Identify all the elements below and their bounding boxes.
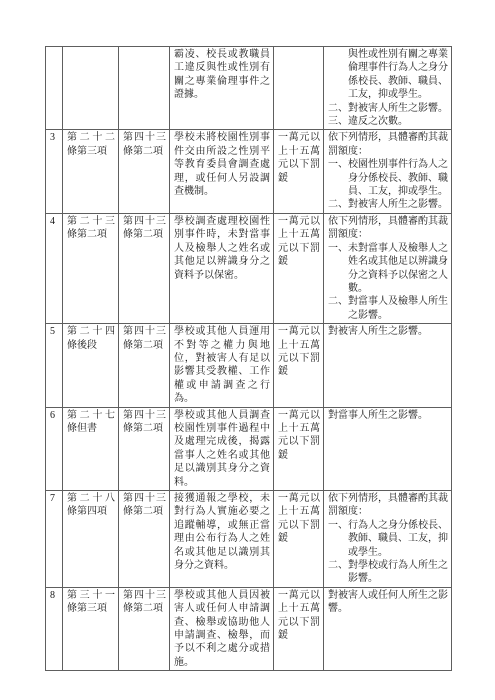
- discretion-cell: 依下列情形，具體審酌其裁罰額度：一、未對當事人及檢舉人之姓名或其他足以辨識身分之…: [324, 213, 452, 323]
- penalty-article-cell: 第四十三條第二項: [119, 407, 170, 490]
- table-row: 7第二十八條第四項第四十三條第二項接獲通報之學校，未對行為人實施必要之追蹤輔導，…: [46, 491, 452, 588]
- discretion-cell: 依下列情形，具體審酌其裁罰額度：一、行為人之身分係校長、教師、職員、工友，抑或學…: [324, 491, 452, 588]
- penalty-table-body: 霸凌、校長或教職員工違反與性或性別有關之專業倫理事件之證據。與性或性別有關之專業…: [46, 47, 452, 671]
- violation-cell: 學校或其他人員調查校園性別事件過程中及處理完成後，揭露當事人之姓名或其他足以識別…: [170, 407, 274, 490]
- table-row: 4第二十三條第二項第四十三條第二項學校調查處理校園性別事件時，未對當事人及檢舉人…: [46, 213, 452, 323]
- fine-cell: 一萬元以上十五萬元以下罰鍰: [274, 130, 324, 213]
- penalty-article-cell: 第四十三條第二項: [119, 587, 170, 670]
- discretion-item: 二、對被害人所生之影響。: [328, 102, 448, 115]
- discretion-cell: 依下列情形，具體審酌其裁罰額度：一、校園性別事件行為人之身分係校長、教師、職員、…: [324, 130, 452, 213]
- discretion-item: 依下列情形，具體審酌其裁罰額度：: [328, 492, 448, 519]
- violation-cell: 學校或其他人員因被害人或任何人申請調查、檢舉或協助他人申請調查、檢舉，而予以不利…: [170, 587, 274, 670]
- law-article-cell: 第二十八條第四項: [63, 491, 119, 588]
- discretion-item: 對當事人所生之影響。: [328, 409, 448, 422]
- row-number-cell: 5: [46, 324, 63, 407]
- penalty-article-cell: 第四十三條第二項: [119, 130, 170, 213]
- row-number-cell: 7: [46, 491, 63, 588]
- fine-cell: 一萬元以上十五萬元以下罰鍰: [274, 587, 324, 670]
- table-row: 3第二十二條第三項第四十三條第二項學校未將校園性別事件交由所設之性別平等教育委員…: [46, 130, 452, 213]
- violation-cell: 霸凌、校長或教職員工違反與性或性別有關之專業倫理事件之證據。: [170, 47, 274, 130]
- discretion-item: 二、對被害人所生之影響。: [328, 198, 448, 211]
- discretion-cell: 對被害人或任何人所生之影響。: [324, 587, 452, 670]
- discretion-item: 一、行為人之身分係校長、教師、職員、工友，抑或學生。: [328, 519, 448, 559]
- fine-cell: 一萬元以上十五萬元以下罰鍰: [274, 407, 324, 490]
- discretion-item: 三、違反之次數。: [328, 115, 448, 128]
- violation-cell: 學校未將校園性別事件交由所設之性別平等教育委員會調查處理，或任何人另設調查機制。: [170, 130, 274, 213]
- table-row: 6第二十七條但書第四十三條第二項學校或其他人員調查校園性別事件過程中及處理完成後…: [46, 407, 452, 490]
- discretion-item: 依下列情形，具體審酌其裁罰額度：: [328, 215, 448, 242]
- violation-cell: 學校或其他人員運用不對等之權力與地位，對被害人有足以影響其受教權、工作權或申請調…: [170, 324, 274, 407]
- discretion-item: 對被害人或任何人所生之影響。: [328, 589, 448, 616]
- penalty-article-cell: 第四十三條第二項: [119, 324, 170, 407]
- fine-cell: 一萬元以上十五萬元以下罰鍰: [274, 491, 324, 588]
- discretion-cell: 對被害人所生之影響。: [324, 324, 452, 407]
- penalty-article-cell: 第四十三條第二項: [119, 213, 170, 323]
- table-row: 8第三十一條第三項第四十三條第二項學校或其他人員因被害人或任何人申請調查、檢舉或…: [46, 587, 452, 670]
- discretion-item: 二、對當事人及檢舉人所生之影響。: [328, 295, 448, 322]
- row-number-cell: 3: [46, 130, 63, 213]
- fine-cell: 一萬元以上十五萬元以下罰鍰: [274, 324, 324, 407]
- discretion-item: 一、未對當事人及檢舉人之姓名或其他足以辨識身分之資料予以保密之人數。: [328, 242, 448, 296]
- penalty-article-cell: 第四十三條第二項: [119, 491, 170, 588]
- violation-cell: 接獲通報之學校，未對行為人實施必要之追蹤輔導，或無正當理由公布行為人之姓名或其他…: [170, 491, 274, 588]
- discretion-item: 二、對學校或行為人所生之影響。: [328, 559, 448, 586]
- row-number-cell: 4: [46, 213, 63, 323]
- row-number-cell: 8: [46, 587, 63, 670]
- table-row: 5第二十四條後段第四十三條第二項學校或其他人員運用不對等之權力與地位，對被害人有…: [46, 324, 452, 407]
- discretion-cell: 與性或性別有關之專業倫理事件行為人之身分係校長、教師、職員、工友，抑或學生。二、…: [324, 47, 452, 130]
- discretion-item: 依下列情形，具體審酌其裁罰額度：: [328, 131, 448, 158]
- document-page: 霸凌、校長或教職員工違反與性或性別有關之專業倫理事件之證據。與性或性別有關之專業…: [0, 0, 495, 700]
- penalty-table: 霸凌、校長或教職員工違反與性或性別有關之專業倫理事件之證據。與性或性別有關之專業…: [45, 46, 452, 671]
- law-article-cell: 第二十七條但書: [63, 407, 119, 490]
- discretion-item: 一、校園性別事件行為人之身分係校長、教師、職員、工友，抑或學生。: [328, 158, 448, 198]
- row-number-cell: 6: [46, 407, 63, 490]
- discretion-item: 與性或性別有關之專業倫理事件行為人之身分係校長、教師、職員、工友，抑或學生。: [328, 48, 448, 102]
- violation-cell: 學校調查處理校園性別事件時，未對當事人及檢舉人之姓名或其他足以辨識身分之資料予以…: [170, 213, 274, 323]
- law-article-cell: 第二十二條第三項: [63, 130, 119, 213]
- fine-cell: 一萬元以上十五萬元以下罰鍰: [274, 213, 324, 323]
- law-article-cell: [63, 47, 119, 130]
- penalty-article-cell: [119, 47, 170, 130]
- discretion-cell: 對當事人所生之影響。: [324, 407, 452, 490]
- table-row: 霸凌、校長或教職員工違反與性或性別有關之專業倫理事件之證據。與性或性別有關之專業…: [46, 47, 452, 130]
- fine-cell: [274, 47, 324, 130]
- discretion-item: 對被害人所生之影響。: [328, 325, 448, 338]
- law-article-cell: 第二十四條後段: [63, 324, 119, 407]
- row-number-cell: [46, 47, 63, 130]
- law-article-cell: 第二十三條第二項: [63, 213, 119, 323]
- law-article-cell: 第三十一條第三項: [63, 587, 119, 670]
